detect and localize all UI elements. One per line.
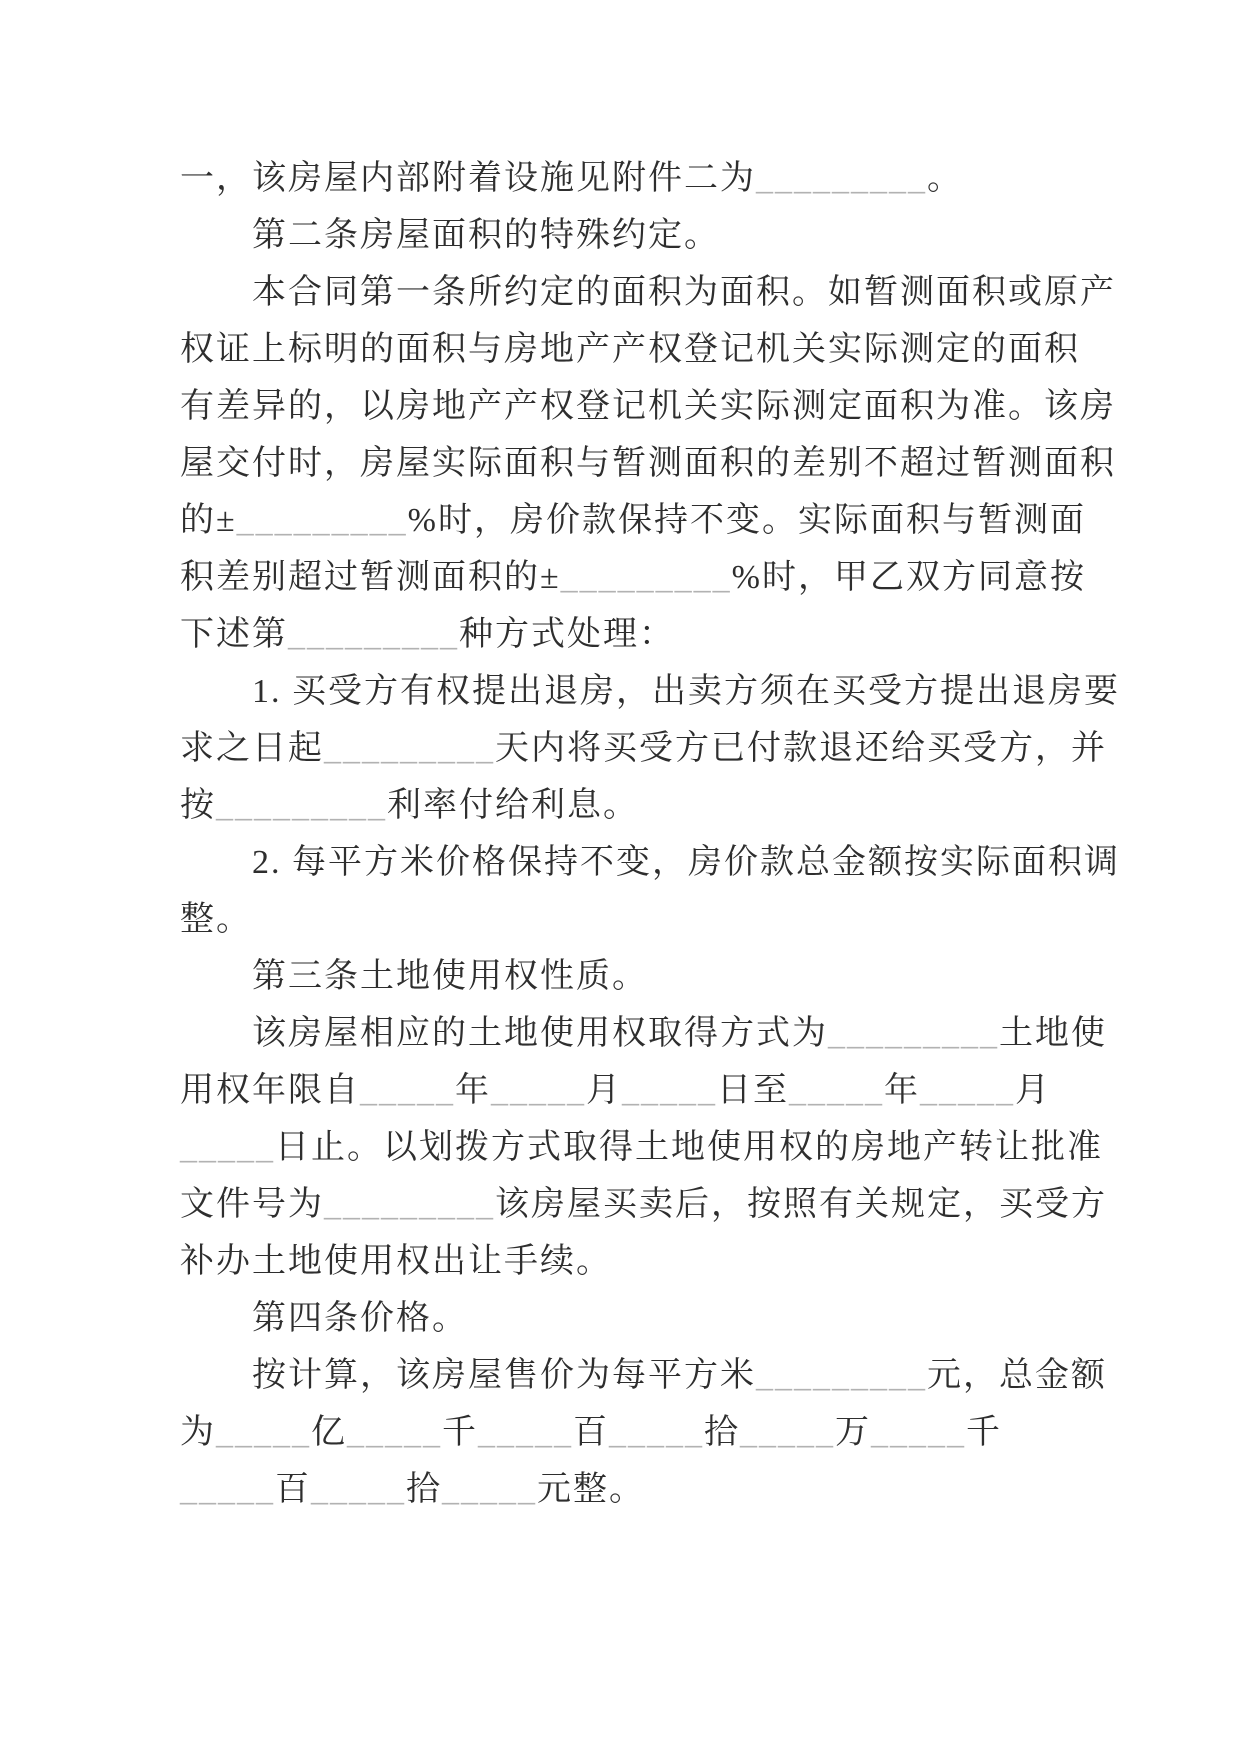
text-run: 百 <box>573 1414 609 1451</box>
blank-field: _____ <box>740 1414 835 1451</box>
document-line: 第二条房屋面积的特殊约定。 <box>180 207 1191 264</box>
text-run: 本合同第一条所约定的面积为面积。如暂测面积或原产 <box>252 274 1116 311</box>
text-run: 年 <box>884 1072 920 1109</box>
document-line: 第四条价格。 <box>180 1290 1191 1347</box>
blank-field: _____ <box>609 1414 704 1451</box>
text-run: 月 <box>1015 1072 1051 1109</box>
text-run: 天内将买受方已付款退还给买受方，并 <box>495 730 1107 767</box>
document-line: 按计算，该房屋售价为每平方米_________元，总金额 <box>180 1347 1191 1404</box>
document-line: 求之日起_________天内将买受方已付款退还给买受方，并 <box>180 720 1191 777</box>
blank-field: _________ <box>237 502 408 539</box>
blank-field: _____ <box>347 1414 442 1451</box>
text-run: 日止。以划拨方式取得土地使用权的房地产转让批准 <box>275 1129 1103 1166</box>
text-run: 元整。 <box>537 1471 645 1508</box>
blank-field: _____ <box>478 1414 573 1451</box>
blank-field: _________ <box>756 160 927 197</box>
text-run: 千 <box>442 1414 478 1451</box>
text-run: %时，房价款保持不变。实际面积与暂测面 <box>408 502 1086 539</box>
document-line: 第三条土地使用权性质。 <box>180 948 1191 1005</box>
document-body: 一，该房屋内部附着设施见附件二为_________。第二条房屋面积的特殊约定。本… <box>180 150 1191 1518</box>
document-line: 屋交付时，房屋实际面积与暂测面积的差别不超过暂测面积 <box>180 435 1191 492</box>
text-run: %时，甲乙双方同意按 <box>732 559 1086 596</box>
blank-field: _____ <box>216 1414 311 1451</box>
blank-field: _____ <box>311 1471 406 1508</box>
document-line: 的±_________%时，房价款保持不变。实际面积与暂测面 <box>180 492 1191 549</box>
document-line: 1. 买受方有权提出退房，出卖方须在买受方提出退房要 <box>180 663 1191 720</box>
blank-field: _____ <box>622 1072 717 1109</box>
blank-field: _____ <box>442 1471 537 1508</box>
blank-field: _____ <box>871 1414 966 1451</box>
document-line: _____日止。以划拨方式取得土地使用权的房地产转让批准 <box>180 1119 1191 1176</box>
text-run: 该房屋相应的土地使用权取得方式为 <box>252 1015 828 1052</box>
text-run: 下述第 <box>180 616 288 653</box>
text-run: 用权年限自 <box>180 1072 360 1109</box>
document-line: 为_____亿_____千_____百_____拾_____万_____千 <box>180 1404 1191 1461</box>
text-run: 日至 <box>717 1072 789 1109</box>
document-line: 本合同第一条所约定的面积为面积。如暂测面积或原产 <box>180 264 1191 321</box>
text-run: 为 <box>180 1414 216 1451</box>
text-run: 按 <box>180 787 216 824</box>
document-line: 按_________利率付给利息。 <box>180 777 1191 834</box>
document-line: _____百_____拾_____元整。 <box>180 1461 1191 1518</box>
blank-field: _____ <box>180 1129 275 1166</box>
document-line: 一，该房屋内部附着设施见附件二为_________。 <box>180 150 1191 207</box>
document-page: 一，该房屋内部附着设施见附件二为_________。第二条房屋面积的特殊约定。本… <box>0 0 1241 1754</box>
blank-field: _________ <box>216 787 387 824</box>
document-line: 有差异的，以房地产产权登记机关实际测定面积为准。该房 <box>180 378 1191 435</box>
document-line: 补办土地使用权出让手续。 <box>180 1233 1191 1290</box>
text-run: 按计算，该房屋售价为每平方米 <box>252 1357 756 1394</box>
text-run: 利率付给利息。 <box>387 787 639 824</box>
blank-field: _________ <box>561 559 732 596</box>
text-run: 屋交付时，房屋实际面积与暂测面积的差别不超过暂测面积 <box>180 445 1116 482</box>
text-run: 元，总金额 <box>927 1357 1107 1394</box>
blank-field: _____ <box>789 1072 884 1109</box>
text-run: 拾 <box>704 1414 740 1451</box>
document-line: 用权年限自_____年_____月_____日至_____年_____月 <box>180 1062 1191 1119</box>
document-line: 2. 每平方米价格保持不变，房价款总金额按实际面积调 <box>180 834 1191 891</box>
text-run: 亿 <box>311 1414 347 1451</box>
blank-field: _____ <box>491 1072 586 1109</box>
text-run: 一，该房屋内部附着设施见附件二为 <box>180 160 756 197</box>
text-run: 2. 每平方米价格保持不变，房价款总金额按实际面积调 <box>252 844 1120 881</box>
text-run: 权证上标明的面积与房地产产权登记机关实际测定的面积 <box>180 331 1080 368</box>
text-run: 年 <box>455 1072 491 1109</box>
text-run: 万 <box>835 1414 871 1451</box>
document-line: 该房屋相应的土地使用权取得方式为_________土地使 <box>180 1005 1191 1062</box>
text-run: 第三条土地使用权性质。 <box>252 958 648 995</box>
text-run: 求之日起 <box>180 730 324 767</box>
text-run: 土地使 <box>999 1015 1107 1052</box>
text-run: 种方式处理： <box>459 616 675 653</box>
blank-field: _____ <box>360 1072 455 1109</box>
blank-field: _________ <box>324 730 495 767</box>
blank-field: _____ <box>180 1471 275 1508</box>
text-run: 月 <box>586 1072 622 1109</box>
document-line: 下述第_________种方式处理： <box>180 606 1191 663</box>
document-line: 整。 <box>180 891 1191 948</box>
text-run: 第二条房屋面积的特殊约定。 <box>252 217 720 254</box>
blank-field: _________ <box>756 1357 927 1394</box>
document-line: 文件号为_________该房屋买卖后，按照有关规定，买受方 <box>180 1176 1191 1233</box>
document-line: 积差别超过暂测面积的±_________%时，甲乙双方同意按 <box>180 549 1191 606</box>
blank-field: _________ <box>324 1186 495 1223</box>
text-run: 补办土地使用权出让手续。 <box>180 1243 612 1280</box>
text-run: 文件号为 <box>180 1186 324 1223</box>
text-run: 该房屋买卖后，按照有关规定，买受方 <box>495 1186 1107 1223</box>
blank-field: _________ <box>288 616 459 653</box>
blank-field: _____ <box>920 1072 1015 1109</box>
text-run: 1. 买受方有权提出退房，出卖方须在买受方提出退房要 <box>252 673 1120 710</box>
text-run: 千 <box>966 1414 1002 1451</box>
document-line: 权证上标明的面积与房地产产权登记机关实际测定的面积 <box>180 321 1191 378</box>
text-run: 整。 <box>180 901 252 938</box>
text-run: 有差异的，以房地产产权登记机关实际测定面积为准。该房 <box>180 388 1116 425</box>
text-run: 拾 <box>406 1471 442 1508</box>
blank-field: _________ <box>828 1015 999 1052</box>
text-run: 百 <box>275 1471 311 1508</box>
text-run: 的± <box>180 502 237 539</box>
text-run: 。 <box>927 160 963 197</box>
text-run: 积差别超过暂测面积的± <box>180 559 561 596</box>
text-run: 第四条价格。 <box>252 1300 468 1337</box>
